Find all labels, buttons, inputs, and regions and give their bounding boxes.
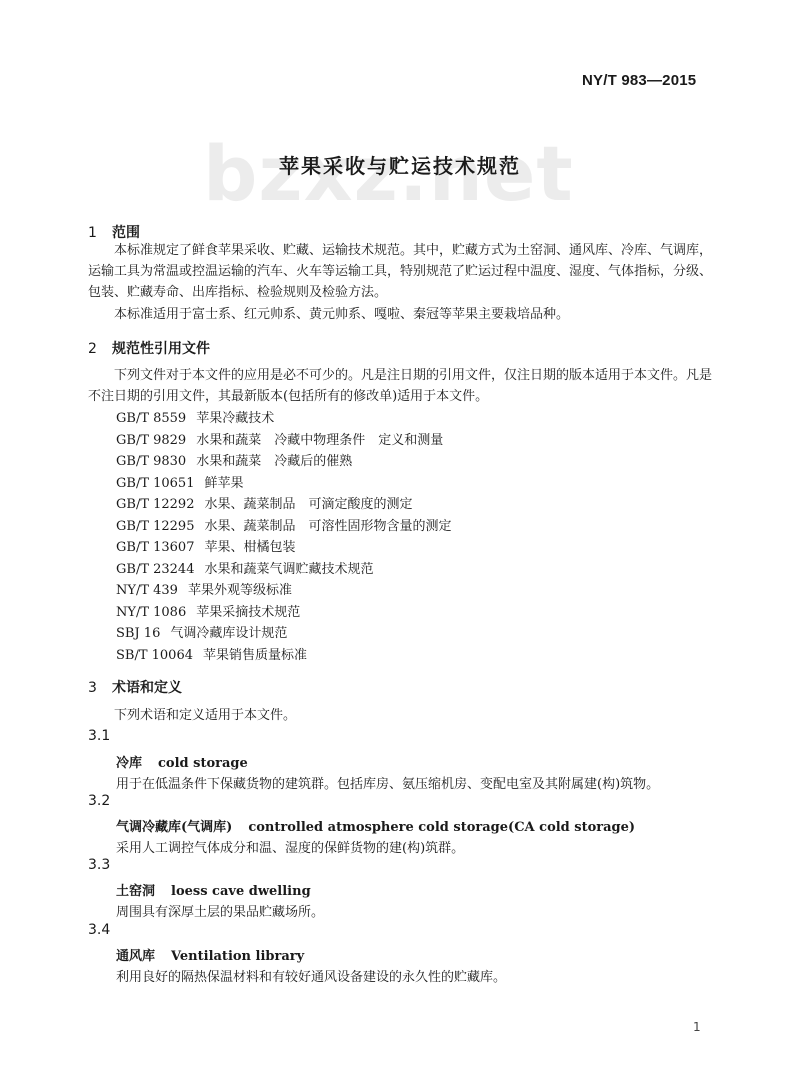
- term-zh: 气调冷藏库(气调库): [116, 820, 232, 835]
- term-en: Ventilation library: [171, 949, 304, 964]
- reference-item: NY/T 439苹果外观等级标准: [116, 580, 452, 602]
- term-heading: 通风库Ventilation library: [116, 945, 304, 964]
- term-en: cold storage: [158, 756, 248, 771]
- reference-code: GB/T 12292: [116, 494, 194, 516]
- reference-title: 苹果外观等级标准: [188, 583, 292, 598]
- section-heading-2: 2规范性引用文件: [88, 338, 210, 358]
- reference-title: 气调冷藏库设计规范: [170, 626, 287, 641]
- term-number: 3.1: [88, 728, 110, 744]
- section-heading-3: 3术语和定义: [88, 677, 182, 697]
- page-number: 1: [693, 1020, 701, 1034]
- reference-title: 水果和蔬菜气调贮藏技术规范: [204, 562, 373, 577]
- term-zh: 冷库: [116, 756, 142, 771]
- reference-item: SB/T 10064苹果销售质量标准: [116, 645, 452, 667]
- reference-item: GB/T 10651鲜苹果: [116, 473, 452, 495]
- section-number: 2: [88, 341, 112, 357]
- term-definition: 采用人工调控气体成分和温、湿度的保鲜货物的建(构)筑群。: [116, 837, 464, 856]
- reference-item: GB/T 12295水果、蔬菜制品 可溶性固形物含量的测定: [116, 516, 452, 538]
- reference-title: 水果和蔬菜 冷藏后的催熟: [196, 454, 352, 469]
- reference-title: 苹果冷藏技术: [196, 411, 274, 426]
- term-zh: 通风库: [116, 949, 155, 964]
- scope-paragraph-2: 本标准适用于富士系、红元帅系、黄元帅系、嘎啦、秦冠等苹果主要栽培品种。: [88, 304, 716, 325]
- term-heading: 气调冷藏库(气调库)controlled atmosphere cold sto…: [116, 816, 635, 835]
- term-number: 3.3: [88, 857, 110, 873]
- term-en: loess cave dwelling: [171, 884, 311, 899]
- term-heading: 冷库cold storage: [116, 752, 248, 771]
- section-title: 术语和定义: [112, 680, 182, 696]
- reference-item: NY/T 1086苹果采摘技术规范: [116, 602, 452, 624]
- reference-title: 水果、蔬菜制品 可溶性固形物含量的测定: [204, 519, 451, 534]
- section-title: 规范性引用文件: [112, 341, 210, 357]
- term-en: controlled atmosphere cold storage(CA co…: [248, 820, 635, 835]
- term-heading: 土窑洞loess cave dwelling: [116, 880, 311, 899]
- reference-item: SBJ 16气调冷藏库设计规范: [116, 623, 452, 645]
- reference-title: 苹果采摘技术规范: [196, 605, 300, 620]
- term-definition: 用于在低温条件下保藏货物的建筑群。包括库房、氨压缩机房、变配电室及其附属建(构)…: [116, 773, 659, 792]
- section-number: 3: [88, 680, 112, 696]
- reference-code: SBJ 16: [116, 623, 160, 645]
- reference-item: GB/T 13607苹果、柑橘包装: [116, 537, 452, 559]
- reference-code: NY/T 439: [116, 580, 178, 602]
- term-zh: 土窑洞: [116, 884, 155, 899]
- reference-title: 水果和蔬菜 冷藏中物理条件 定义和测量: [196, 433, 443, 448]
- term-number: 3.4: [88, 922, 110, 938]
- references-intro-paragraph: 下列文件对于本文件的应用是必不可少的。凡是注日期的引用文件，仅注日期的版本适用于…: [88, 365, 716, 407]
- reference-title: 水果、蔬菜制品 可滴定酸度的测定: [204, 497, 412, 512]
- reference-title: 苹果销售质量标准: [203, 648, 307, 663]
- reference-code: GB/T 10651: [116, 473, 194, 495]
- reference-item: GB/T 9830水果和蔬菜 冷藏后的催熟: [116, 451, 452, 473]
- term-number: 3.2: [88, 793, 110, 809]
- reference-code: GB/T 13607: [116, 537, 194, 559]
- reference-title: 苹果、柑橘包装: [204, 540, 295, 555]
- document-title: 苹果采收与贮运技术规范: [0, 150, 800, 179]
- reference-code: GB/T 23244: [116, 559, 194, 581]
- reference-item: GB/T 8559苹果冷藏技术: [116, 408, 452, 430]
- terms-intro-paragraph: 下列术语和定义适用于本文件。: [88, 705, 716, 726]
- term-definition: 利用良好的隔热保温材料和有较好通风设备建设的永久性的贮藏库。: [116, 966, 506, 985]
- standard-code: NY/T 983—2015: [582, 72, 696, 89]
- reference-code: GB/T 9830: [116, 451, 186, 473]
- reference-code: GB/T 8559: [116, 408, 186, 430]
- reference-item: GB/T 12292水果、蔬菜制品 可滴定酸度的测定: [116, 494, 452, 516]
- reference-code: NY/T 1086: [116, 602, 186, 624]
- normative-references-list: GB/T 8559苹果冷藏技术 GB/T 9829水果和蔬菜 冷藏中物理条件 定…: [116, 408, 452, 666]
- reference-item: GB/T 23244水果和蔬菜气调贮藏技术规范: [116, 559, 452, 581]
- section-title: 范围: [112, 225, 140, 241]
- scope-paragraph-1: 本标准规定了鲜食苹果采收、贮藏、运输技术规范。其中，贮藏方式为土窑洞、通风库、冷…: [88, 240, 716, 303]
- reference-title: 鲜苹果: [204, 476, 243, 491]
- section-number: 1: [88, 225, 112, 241]
- reference-code: GB/T 9829: [116, 430, 186, 452]
- section-heading-1: 1范围: [88, 222, 140, 242]
- reference-code: GB/T 12295: [116, 516, 194, 538]
- term-definition: 周围具有深厚土层的果品贮藏场所。: [116, 901, 324, 920]
- reference-item: GB/T 9829水果和蔬菜 冷藏中物理条件 定义和测量: [116, 430, 452, 452]
- reference-code: SB/T 10064: [116, 645, 193, 667]
